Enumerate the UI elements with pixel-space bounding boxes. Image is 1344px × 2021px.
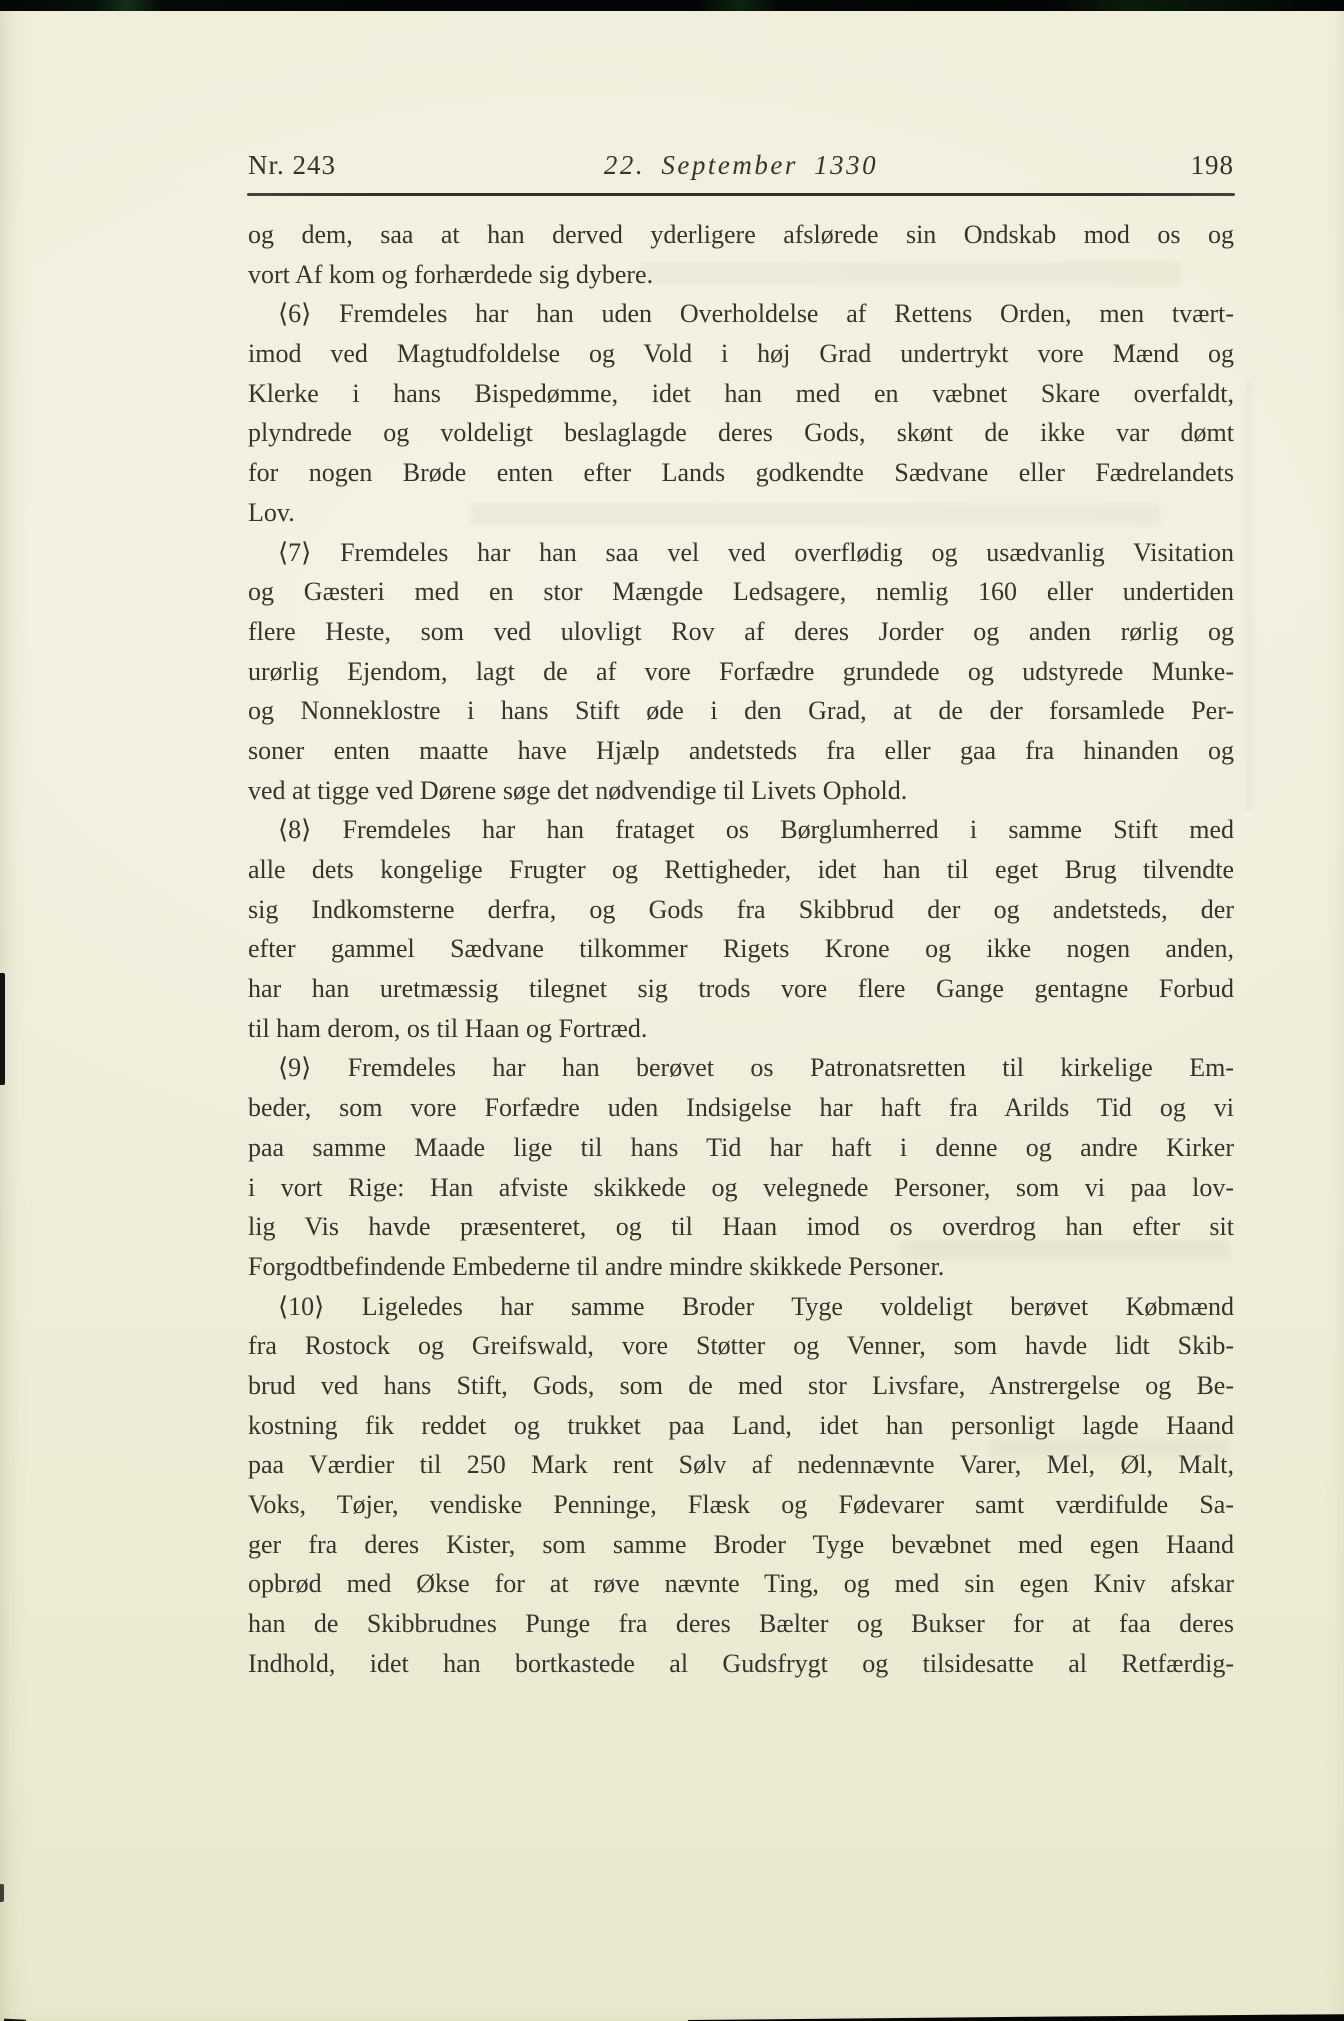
text-line: sig Indkomsterne derfra, og Gods fra Ski… xyxy=(248,890,1234,930)
document-number: Nr. 243 xyxy=(248,150,495,181)
text-line: efter gammel Sædvane tilkommer Rigets Kr… xyxy=(248,929,1234,969)
text-line: urørlig Ejendom, lagt de af vore Forfædr… xyxy=(248,652,1234,692)
text-line: opbrød med Økse for at røve nævnte Ting,… xyxy=(248,1564,1234,1604)
text-line: soner enten maatte have Hjælp andetsteds… xyxy=(248,731,1234,771)
text-line: brud ved hans Stift, Gods, som de med st… xyxy=(248,1366,1234,1406)
text-line: og Nonneklostre i hans Stift øde i den G… xyxy=(248,691,1234,731)
text-line: ⟨8⟩ Fremdeles har han frataget os Børglu… xyxy=(248,810,1234,850)
text-line: har han uretmæssig tilegnet sig trods vo… xyxy=(248,969,1234,1009)
page-header: Nr. 243 22. September 1330 198 xyxy=(248,150,1234,181)
text-line: ⟨10⟩ Ligeledes har samme Broder Tyge vol… xyxy=(248,1287,1234,1327)
text-line: og dem, saa at han derved yderligere afs… xyxy=(248,215,1234,255)
text-line: Indhold, idet han bortkastede al Gudsfry… xyxy=(248,1644,1234,1684)
text-line: og Gæsteri med en stor Mængde Ledsagere,… xyxy=(248,572,1234,612)
text-line: fra Rostock og Greifswald, vore Støtter … xyxy=(248,1326,1234,1366)
date-heading: 22. September 1330 xyxy=(495,150,988,181)
text-line: for nogen Brøde enten efter Lands godken… xyxy=(248,453,1234,493)
text-line: paa samme Maade lige til hans Tid har ha… xyxy=(248,1128,1234,1168)
header-rule xyxy=(247,193,1235,196)
scan-bottom-edge-speck xyxy=(4,2017,26,2021)
text-line: paa Værdier til 250 Mark rent Sølv af ne… xyxy=(248,1445,1234,1485)
text-line: plyndrede og voldeligt beslaglagde deres… xyxy=(248,413,1234,453)
text-line: Lov. xyxy=(248,493,1234,533)
scanned-page: Nr. 243 22. September 1330 198 og dem, s… xyxy=(0,0,1344,2021)
scan-left-edge-speck xyxy=(0,1884,4,1902)
text-line: ⟨7⟩ Fremdeles har han saa vel ved overfl… xyxy=(248,533,1234,573)
text-line: han de Skibbrudnes Punge fra deres Bælte… xyxy=(248,1604,1234,1644)
text-line: kostning fik reddet og trukket paa Land,… xyxy=(248,1406,1234,1446)
text-line: ved at tigge ved Dørene søge det nødvend… xyxy=(248,771,1234,811)
text-line: til ham derom, os til Haan og Fortræd. xyxy=(248,1009,1234,1049)
text-line: ger fra deres Kister, som samme Broder T… xyxy=(248,1525,1234,1565)
text-line: ⟨6⟩ Fremdeles har han uden Overholdelse … xyxy=(248,294,1234,334)
scan-top-edge-bar xyxy=(0,0,1344,11)
text-line: ⟨9⟩ Fremdeles har han berøvet os Patrona… xyxy=(248,1048,1234,1088)
text-line: alle dets kongelige Frugter og Rettighed… xyxy=(248,850,1234,890)
scan-left-edge-mark xyxy=(0,973,5,1085)
text-line: vort Af kom og forhærdede sig dybere. xyxy=(248,255,1234,295)
show-through-smudge xyxy=(1246,380,1252,810)
text-line: Klerke i hans Bispedømme, idet han med e… xyxy=(248,374,1234,414)
text-line: Forgodtbefindende Embederne til andre mi… xyxy=(248,1247,1234,1287)
body-text: og dem, saa at han derved yderligere afs… xyxy=(248,215,1234,1683)
text-line: lig Vis havde præsenteret, og til Haan i… xyxy=(248,1207,1234,1247)
page-number: 198 xyxy=(988,150,1235,181)
text-line: flere Heste, som ved ulovligt Rov af der… xyxy=(248,612,1234,652)
scan-bottom-edge-bar xyxy=(688,2013,1344,2021)
text-line: Voks, Tøjer, vendiske Penninge, Flæsk og… xyxy=(248,1485,1234,1525)
text-line: i vort Rige: Han afviste skikkede og vel… xyxy=(248,1168,1234,1208)
text-line: beder, som vore Forfædre uden Indsigelse… xyxy=(248,1088,1234,1128)
text-line: imod ved Magtudfoldelse og Vold i høj Gr… xyxy=(248,334,1234,374)
